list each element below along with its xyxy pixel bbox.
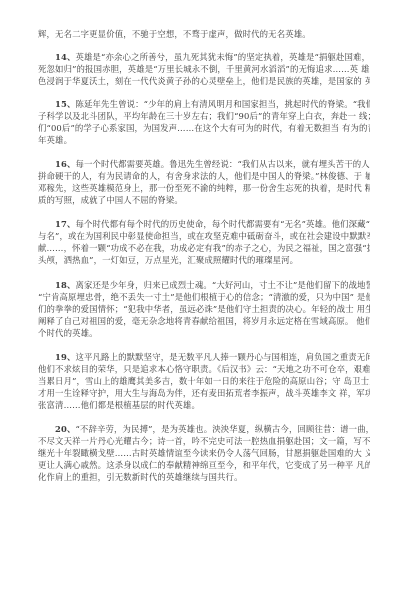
paragraph-19-line-2: 他们不求炫目的荣华，只是追求本心恪守职责。《后汉书》云：“天地之功不可仓卒，艰难… (38, 364, 370, 375)
paragraph-16-text: 每一个时代都需要英雄。鲁迅先生曾经说：“我们从古以来，就有埋头苦干的人，有 (75, 159, 370, 169)
paragraph-17-line-3: 献……，怀着一颗“功成不必在我，功成必定有我”的赤子之心，为民之福祉，国之富强“… (38, 243, 370, 254)
paragraph-19-line-4: 才用一生诠释守护，用大生与海岛为伴，还有麦田拓荒者李振声，战斗英雄李文 祥，军功… (38, 388, 370, 399)
paragraph-20-number: 20、 (55, 424, 75, 434)
paragraph-19-line-5: 张富清……他们都是根植基层的时代英雄。 (38, 400, 370, 411)
paragraph-15-line-3: 们“00后”的学子心系家国，为国发声……在这个大有可为的时代，有着无数担当 有为… (38, 123, 370, 134)
paragraph-20-line-3: 继光十年裂瞰横戈壁……古时英雄情谊至今读来仍令人荡气回肠，甘愿捐躯赴国难的大 义… (38, 448, 370, 459)
paragraph-16-line-3: 邓稼先，这些英雄模范身上，那一份至死不渝的纯粹，那一份舍生忘死的执着，是时代 精… (38, 183, 370, 194)
paragraph-18-number: 18、 (55, 280, 75, 290)
paragraph-20-text: “不辞辛劳，为民搏”，是为英雄也。泱泱华夏，纵横古今，回顾往昔：谱一曲， 诵 (75, 424, 370, 434)
document-page: 辉，无名二字更显价值，不驰于空想，不骛于虚声，做时代的无名英雄。 14、英雄是“… (0, 0, 407, 600)
paragraph-19-text: 这平凡路上的默默坚守，是无数平凡人捧一颗丹心与国相连，肩负国之重责无间前 行， (75, 352, 370, 362)
paragraph-18-line-5: 个时代的英雄。 (38, 328, 370, 339)
paragraph-18-text: 离家还是少年身，归来已成烈士魂。“大好河山，寸土不让”是他们留下的战地誓 言； (75, 280, 370, 290)
paragraph-14-number: 14、 (55, 52, 75, 62)
paragraph-20-line-1: 20、“不辞辛劳，为民搏”，是为英雄也。泱泱华夏，纵横古今，回顾往昔：谱一曲， … (55, 424, 370, 435)
paragraph-17-number: 17、 (55, 219, 75, 229)
paragraph-16-line-2: 拼命硬干的人，有为民请命的人，有舍身求法的人，他们是中国人的脊梁。”林俊德、于 … (38, 171, 370, 182)
paragraph-16-line-4: 质的写照，成就了中国人不屈的脊梁。 (38, 195, 370, 206)
paragraph-19-number: 19、 (55, 352, 75, 362)
paragraph-18-line-2: “宁肯高原埋忠骨，绝不丢失一寸土”是他们根植于心的信念；“清澈的爱，只为中国” … (38, 292, 370, 303)
paragraph-17-line-4: 头颅，洒热血”，一灯如豆，万点星光，汇聚成照耀时代的璀璨星河。 (38, 255, 370, 266)
paragraph-14-line-1: 14、英雄是“亦余心之所善兮，虽九死其犹未悔”的坚定执着，英雄是“捐躯赴国难，视 (55, 52, 370, 63)
paragraph-16-line-1: 16、每一个时代都需要英雄。鲁迅先生曾经说：“我们从古以来，就有埋头苦干的人，有 (55, 159, 370, 170)
paragraph-14-line-2: 死忽如归”的报国赤胆，英雄是“万里长城永不倒，千里黄河水滔滔”的无悔追求……英 … (38, 64, 370, 75)
paragraph-20-line-2: 不尽文天祥一片丹心光耀古今；诗一首，吟不完史可法一腔热血捐躯赴国；文一篇，写不 … (38, 436, 370, 447)
paragraph-15-line-2: 子科学以及北斗团队，平均年龄在三十岁左右；我们“90后”的青年穿上白衣，奔赴一 … (38, 111, 370, 122)
paragraph-14-text: 英雄是“亦余心之所善兮，虽九死其犹未悔”的坚定执着，英雄是“捐躯赴国难，视 (75, 52, 370, 62)
paragraph-19-line-3: 当累日月”，雪山上的雄鹰其美多吉，数十年如一日的来往于危险的高原山谷；守 岛卫士… (38, 376, 370, 387)
paragraph-20-line-4: 更让人满心戚然。这杀身以成仁的奉献精神绵亘至今，和平年代，它变成了另一种平 凡的… (38, 460, 370, 471)
paragraph-17-text: 每个时代都有每个时代的历史使命，每个时代都需要有“无名”英雄。他们深藏“功 (75, 219, 370, 229)
paragraph-14-line-3: 色浸润于华夏沃土，刻在一代代炎黄子孙的心灵壁垒上，他们是民族的英雄，是国家的 英… (38, 76, 370, 87)
paragraph-16-number: 16、 (55, 159, 75, 169)
paragraph-18-line-4: 阐释了自己对祖国的爱，毫无杂念地将青春献给祖国，将岁月永远定格在雪域高原。 他们… (38, 316, 370, 327)
paragraph-15-line-4: 年英雄。 (38, 135, 370, 146)
paragraph-19-line-1: 19、这平凡路上的默默坚守，是无数平凡人捧一颗丹心与国相连，肩负国之重责无间前 … (55, 352, 370, 363)
paragraph-17-line-2: 与名”，或在为国利民中彰显使命担当，或在攻坚克难中砥砺奋斗，或在社会建设中默默奉 (38, 231, 370, 242)
paragraph-20-line-5: 化作肩上的重担，引无数新时代的英雄继续与国共行。 (38, 472, 370, 483)
paragraph-13-tail-line-1: 辉，无名二字更显价值，不驰于空想，不骛于虚声，做时代的无名英雄。 (38, 29, 370, 40)
paragraph-15-line-1: 15、陈延年先生曾说：“少年的肩上有清风明月和国家担当，挑起时代的脊梁。“我们 … (55, 99, 370, 110)
paragraph-18-line-3: 们的拳拳的爱国情怀；“犯我中华者，虽远必诛”是他们守土担责的决心。年轻的战士 用… (38, 304, 370, 315)
paragraph-15-text: 陈延年先生曾说：“少年的肩上有清风明月和国家担当，挑起时代的脊梁。“我们 量 (75, 99, 370, 109)
paragraph-17-line-1: 17、每个时代都有每个时代的历史使命，每个时代都需要有“无名”英雄。他们深藏“功 (55, 219, 370, 230)
paragraph-15-number: 15、 (55, 99, 75, 109)
paragraph-18-line-1: 18、离家还是少年身，归来已成烈士魂。“大好河山，寸土不让”是他们留下的战地誓 … (55, 280, 370, 291)
